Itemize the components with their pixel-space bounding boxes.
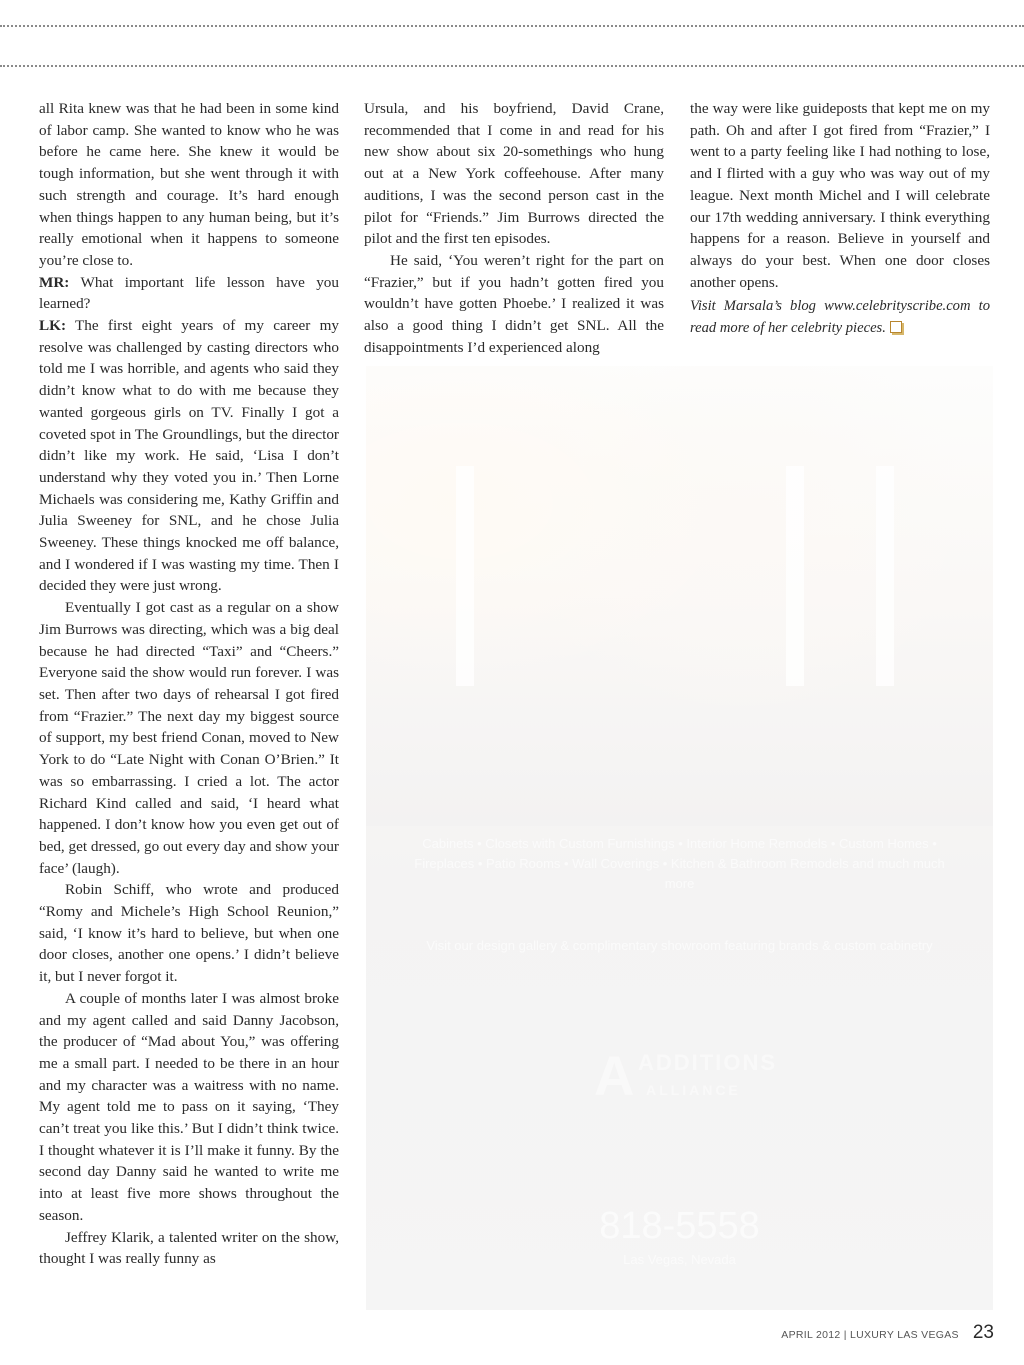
top-dotted-rule xyxy=(0,25,1024,27)
paragraph: Jeffrey Klarik, a talented writer on the… xyxy=(39,1227,339,1270)
paragraph: He said, ‘You weren’t right for the part… xyxy=(364,250,664,359)
speaker-label: LK: xyxy=(39,317,66,334)
photo-detail xyxy=(456,466,474,686)
ad-phone-number: 818-5558 xyxy=(366,1204,993,1248)
page-number: 23 xyxy=(973,1322,994,1344)
second-dotted-rule xyxy=(0,65,1024,67)
logo-a-icon: A xyxy=(594,1046,634,1106)
author-credit: Visit Marsala’s blog www.celebrityscribe… xyxy=(690,296,990,339)
paragraph: A couple of months later I was almost br… xyxy=(39,988,339,1227)
paragraph: Ursula, and his boyfriend, David Crane, … xyxy=(364,98,664,250)
speaker-label: MR: xyxy=(39,274,69,291)
ad-services-text: Cabinets • Closets with Custom Furnishin… xyxy=(366,834,993,894)
paragraph: all Rita knew was that he had been in so… xyxy=(39,98,339,272)
paragraph: the way were like guideposts that kept m… xyxy=(690,98,990,293)
ad-address: Las Vegas, Nevada xyxy=(366,1250,993,1269)
ad-interior-photo xyxy=(366,366,993,826)
article-column-1: all Rita knew was that he had been in so… xyxy=(39,98,339,1270)
question-paragraph: MR: What important life lesson have you … xyxy=(39,272,339,315)
answer-paragraph: LK: The first eight years of my career m… xyxy=(39,315,339,597)
faded-advertisement: Cabinets • Closets with Custom Furnishin… xyxy=(366,366,993,1310)
credit-text: Visit Marsala’s blog www.celebrityscribe… xyxy=(690,298,990,336)
end-of-article-square-icon xyxy=(890,321,902,333)
page-footer: APRIL 2012 | LUXURY LAS VEGAS 23 xyxy=(781,1322,994,1344)
answer-text: The first eight years of my career my re… xyxy=(39,317,339,594)
photo-detail xyxy=(876,466,894,686)
ad-showroom-text: Visit our design gallery & complimentary… xyxy=(366,936,993,956)
paragraph: Robin Schiff, who wrote and produced “Ro… xyxy=(39,879,339,988)
article-column-3: the way were like guideposts that kept m… xyxy=(690,98,990,340)
ad-logo: A ADDITIONS ALLIANCE xyxy=(594,1046,764,1126)
issue-label: APRIL 2012 | LUXURY LAS VEGAS xyxy=(781,1329,959,1341)
photo-detail xyxy=(786,466,804,686)
logo-word-2: ALLIANCE xyxy=(646,1082,741,1098)
question-text: What important life lesson have you lear… xyxy=(39,274,339,313)
paragraph: Eventually I got cast as a regular on a … xyxy=(39,597,339,879)
article-column-2: Ursula, and his boyfriend, David Crane, … xyxy=(364,98,664,358)
logo-word-1: ADDITIONS xyxy=(638,1050,777,1076)
